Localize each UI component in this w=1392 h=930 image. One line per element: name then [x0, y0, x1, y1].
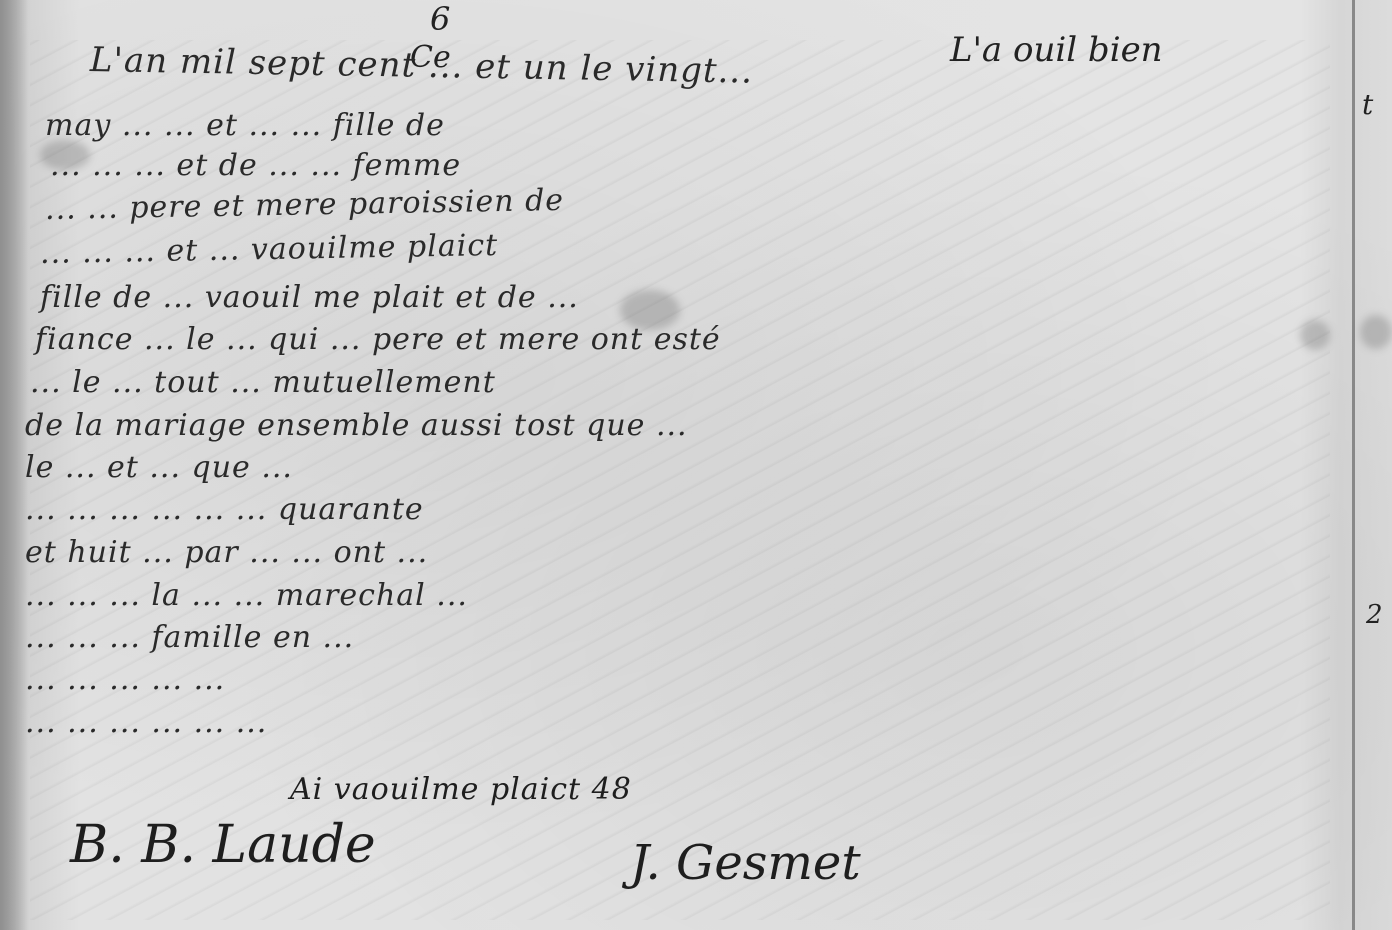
text-line: ... le ... tout ... mutuellement	[30, 365, 496, 400]
signature: B. B. Laude	[70, 815, 376, 875]
text-line: ... ... ... ... ... ...	[25, 705, 267, 740]
text-line: fiance ... le ... qui ... pere et mere o…	[35, 322, 721, 357]
page-gutter-line	[1352, 0, 1355, 930]
margin-mark: 2	[1366, 600, 1383, 630]
document-scan: 6 Ce L'a ouil bien L'an mil sept cent ..…	[0, 0, 1392, 930]
ink-blot	[1300, 320, 1330, 350]
text-line: ... ... ... la ... ... marechal ...	[25, 578, 468, 613]
closing-line: Ai vaouilme plaict 48	[290, 772, 632, 807]
text-line: ... ... ... ... ...	[25, 662, 225, 697]
top-mark: 6	[430, 0, 450, 38]
text-line: ... ... ... et de ... ... femme	[50, 148, 461, 183]
text-line: may ... ... et ... ... fille de	[45, 108, 445, 143]
signature: J. Gesmet	[630, 835, 861, 891]
text-line: ... ... ... ... ... ... quarante	[25, 492, 424, 527]
bleed-through-header: L'a ouil bien	[950, 30, 1163, 70]
text-line: de la mariage ensemble aussi tost que ..…	[25, 408, 688, 443]
text-line: ... ... ... famille en ...	[25, 620, 354, 655]
page-edge-shadow	[0, 0, 28, 930]
text-line: et huit ... par ... ... ont ...	[25, 535, 428, 570]
margin-mark: t	[1362, 88, 1373, 121]
text-line: fille de ... vaouil me plait et de ...	[40, 280, 579, 315]
text-line: le ... et ... que ...	[25, 450, 293, 485]
ink-blot	[1360, 315, 1392, 349]
